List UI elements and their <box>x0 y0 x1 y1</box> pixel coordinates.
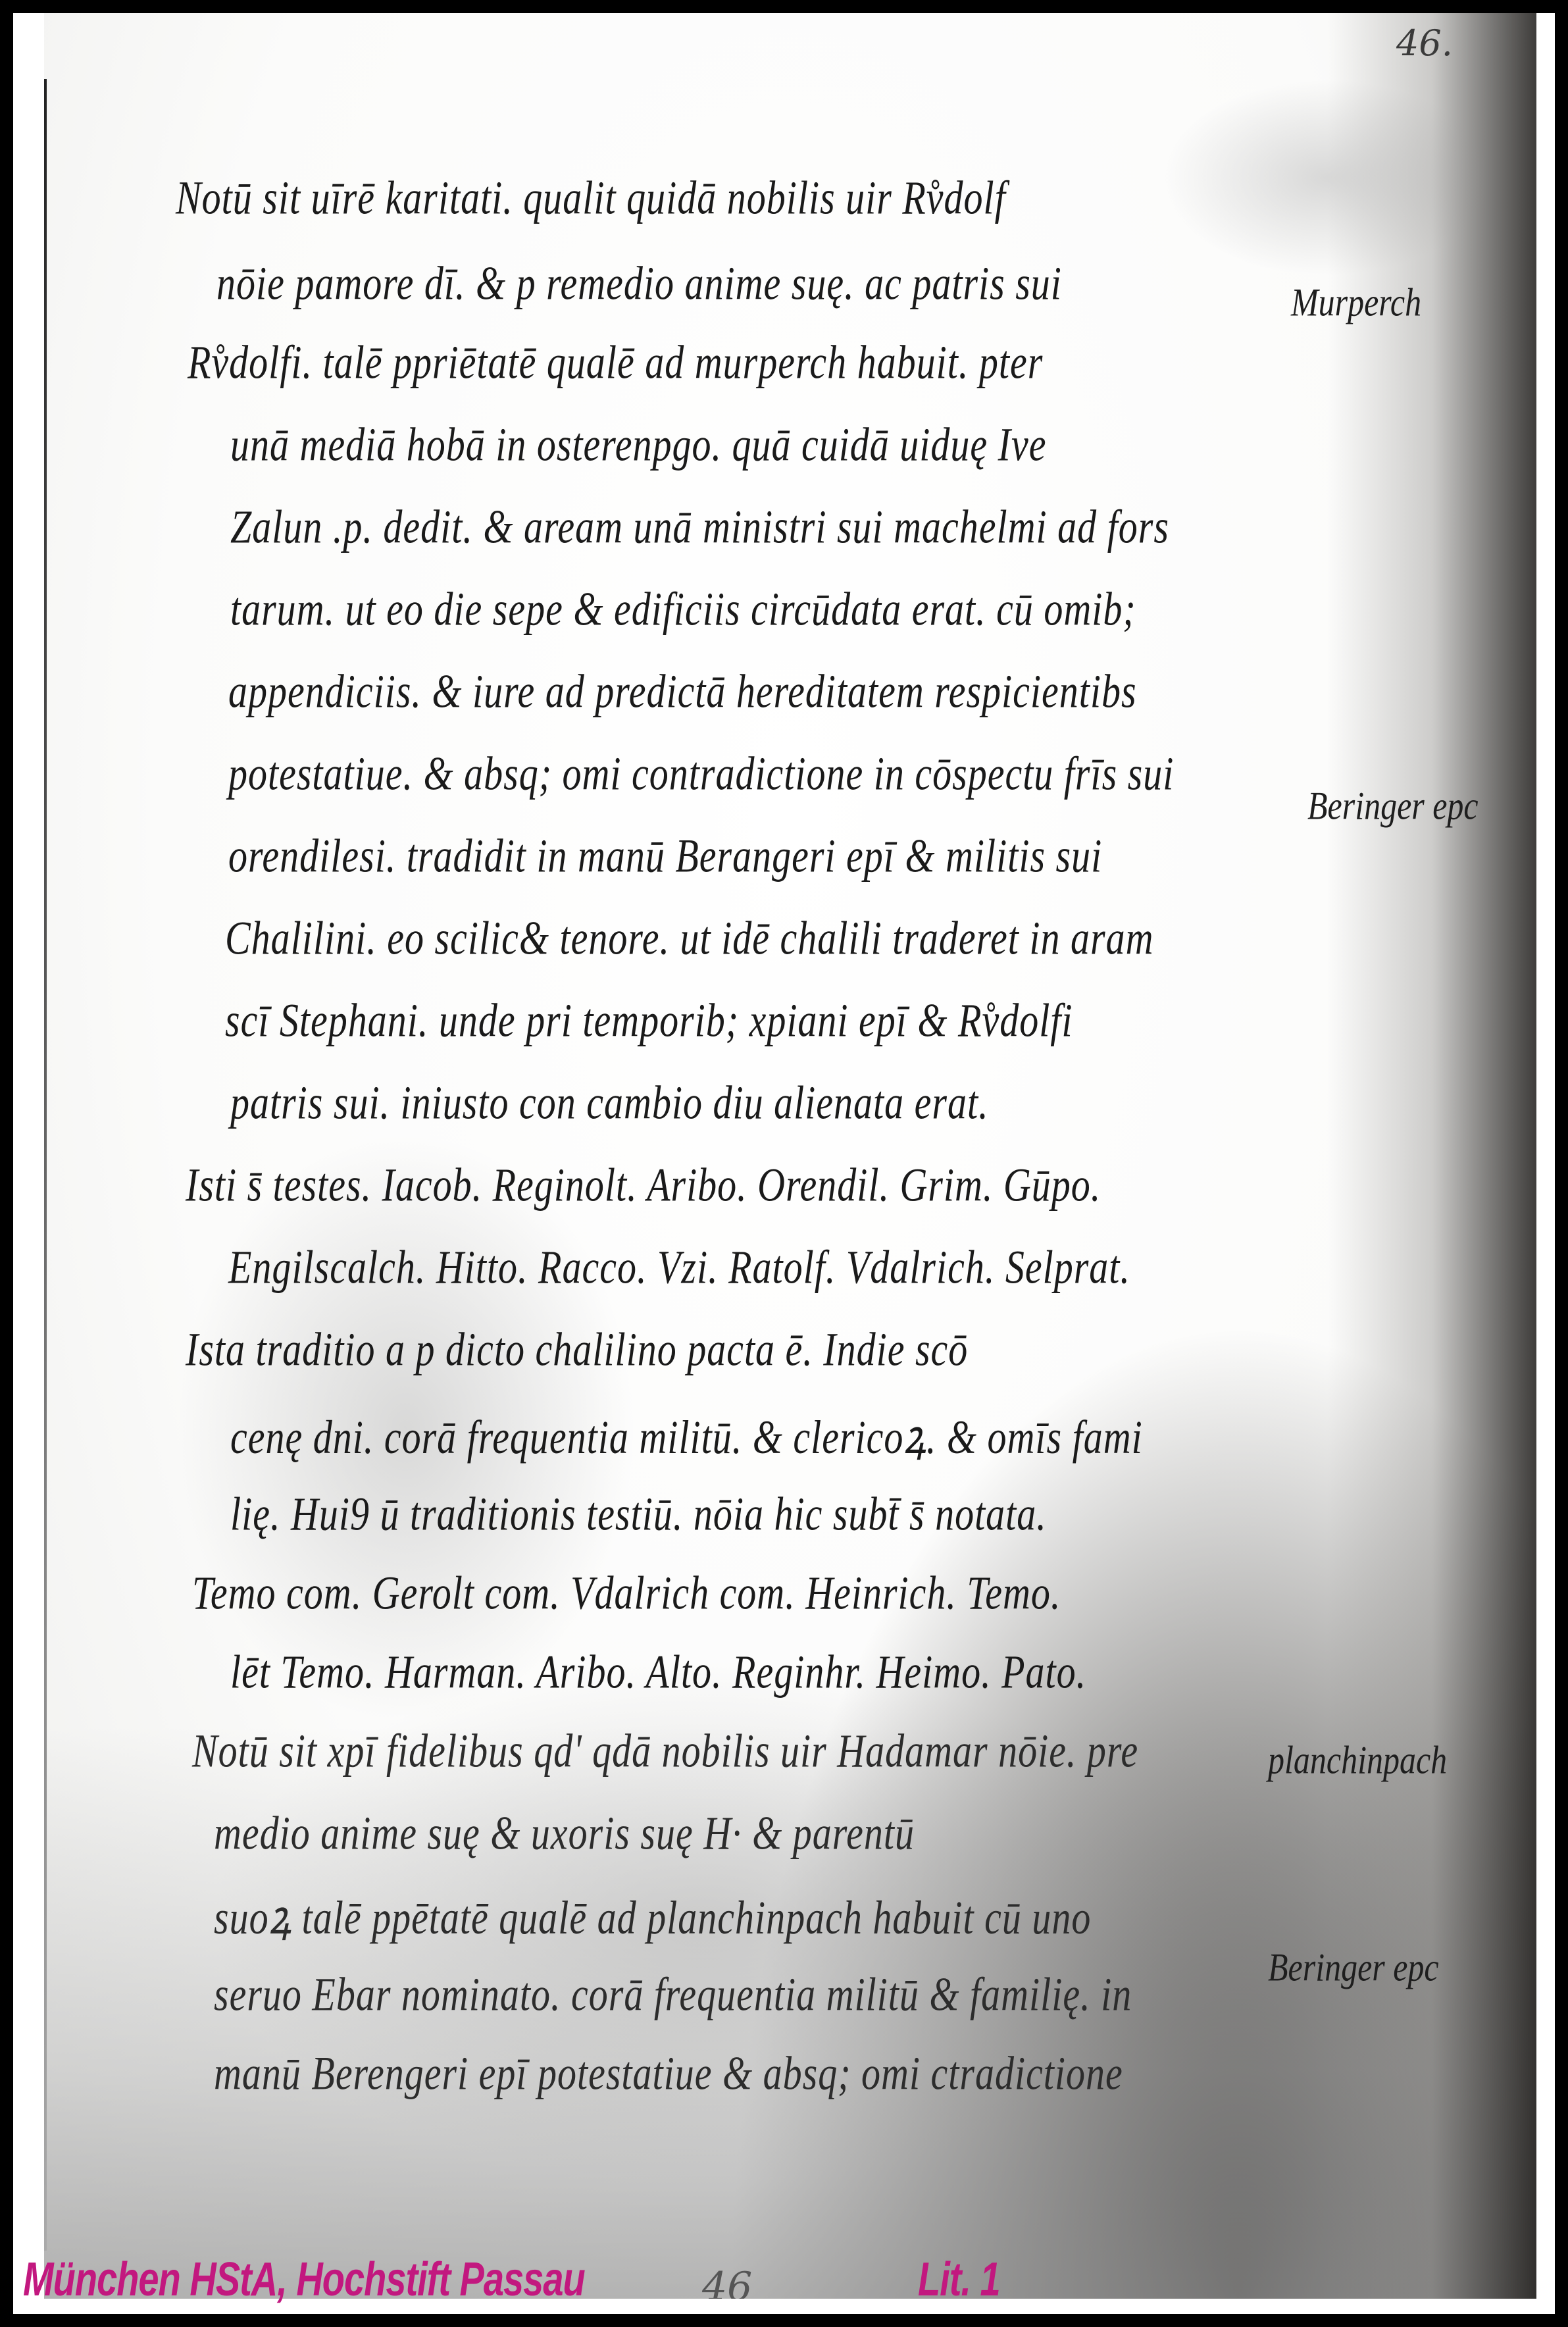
margin-note-murperch: Murperch <box>1291 279 1421 325</box>
text-line: unā mediā hobā in osterenpgo. quā cuidā … <box>230 417 1046 472</box>
archive-reference-left: München HStA, Hochstift Passau <box>23 2251 585 2307</box>
text-line: lēt Temo. Harman. Aribo. Alto. Reginhr. … <box>230 1644 1086 1699</box>
text-line: orendilesi. tradidit in manū Berangeri e… <box>228 828 1102 883</box>
margin-note-beringer-2: Beringer epc <box>1268 1944 1439 1990</box>
text-line: Notū sit uīrē karitati. qualit quidā nob… <box>176 170 1006 225</box>
text-line: manū Berengeri epī potestatiue & absq; o… <box>214 2045 1123 2101</box>
text-line: Ista traditio a p dicto chalilino pacta … <box>186 1321 968 1377</box>
text-line: patris sui. iniusto con cambio diu alien… <box>230 1075 989 1130</box>
text-line: Isti s̄ testes. Iacob. Reginolt. Aribo. … <box>186 1157 1101 1212</box>
margin-note-beringer: Beringer epc <box>1307 782 1479 829</box>
folio-number-bottom: 46 <box>702 2264 752 2299</box>
text-line: Temo com. Gerolt com. Vdalrich com. Hein… <box>192 1565 1061 1620</box>
text-line: Notū sit xpī fidelibus qd' qdā nobilis u… <box>192 1723 1138 1778</box>
text-line: potestatiue. & absq; omi contradictione … <box>228 746 1174 801</box>
text-line: appendiciis. & iure ad predictā heredita… <box>228 663 1137 719</box>
text-line: seruo Ebar nominato. corā frequentia mil… <box>214 1966 1132 2022</box>
text-line: Zalun .p. dedit. & aream unā ministri su… <box>230 499 1169 554</box>
text-line: lię. Hui9 ū traditionis testiū. nōia hic… <box>230 1486 1047 1541</box>
archive-reference-right: Lit. 1 <box>918 2251 1000 2307</box>
text-line: Rv̊dolfi. talē ppriētatē qualē ad murper… <box>188 334 1043 390</box>
text-line: cenę dni. corā frequentia militū. & cler… <box>230 1402 1143 1467</box>
manuscript-photograph: 46. Notū sit uīrē karitati. qualit quidā… <box>44 13 1536 2299</box>
margin-note-planchinpach: planchinpach <box>1268 1737 1447 1783</box>
text-line: Chalilini. eo scilic& tenore. ut idē cha… <box>225 910 1153 965</box>
text-line: suoꝝ talē ppētatē qualē ad planchinpach … <box>214 1882 1091 1947</box>
text-line: scī Stephani. unde pri temporib; xpiani … <box>225 992 1073 1048</box>
text-line: nōie pamore dī. & p remedio anime suę. a… <box>216 255 1062 311</box>
text-line: medio anime suę & uxoris suę H· & parent… <box>214 1805 915 1860</box>
text-line: tarum. ut eo die sepe & edificiis circūd… <box>230 581 1136 636</box>
text-line: Engilscalch. Hitto. Racco. Vzi. Ratolf. … <box>228 1239 1130 1294</box>
